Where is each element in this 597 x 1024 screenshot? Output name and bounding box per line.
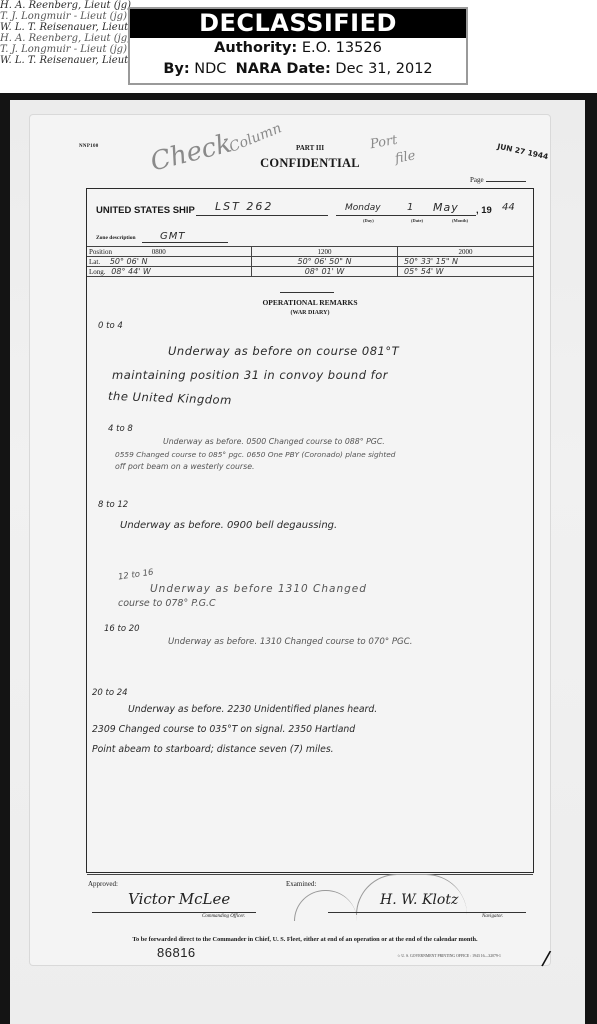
- authority-value: E.O. 13526: [302, 40, 382, 56]
- zone-label: Zone description: [96, 235, 136, 241]
- page-value: [486, 181, 526, 182]
- nara-value: Dec 31, 2012: [335, 61, 432, 77]
- lat-0800: 50° 06' N: [110, 257, 148, 266]
- section-divider: [280, 292, 334, 293]
- navigator-caption: Navigator.: [482, 914, 503, 919]
- approved-label: Approved:: [88, 880, 118, 888]
- remark-line: 0559 Changed course to 085° pgc. 0650 On…: [115, 450, 395, 459]
- ship-day: Monday: [345, 203, 381, 213]
- commanding-officer-signature: Victor McLee: [128, 890, 230, 908]
- by-label: By:: [163, 61, 189, 77]
- printing-office-line: ☆ U. S. GOVERNMENT PRINTING OFFICE : 194…: [397, 953, 501, 958]
- authority-line: Authority: E.O. 13526: [130, 38, 466, 59]
- authority-label: Authority:: [214, 40, 297, 56]
- declassified-stamp: DECLASSIFIED Authority: E.O. 13526 By: N…: [128, 7, 468, 85]
- date-caption: (Date): [411, 218, 423, 223]
- navigator-signature: H. W. Klotz: [380, 892, 458, 908]
- date-line: [336, 215, 476, 216]
- declassified-title: DECLASSIFIED: [130, 9, 466, 38]
- lat-1200: 50° 06' 50" N: [252, 257, 398, 267]
- watch-label-16-20: 16 to 20: [104, 624, 140, 634]
- serial-number: 86816: [157, 945, 196, 960]
- day-caption: (Day): [363, 218, 374, 223]
- remark-line: Underway as before. 1310 Changed course …: [168, 637, 412, 647]
- position-header-row: Position 0800 1200 2000: [87, 247, 533, 257]
- ship-name: LST 262: [215, 200, 273, 213]
- col-0800: 0800: [152, 248, 166, 256]
- long-label: Long.: [89, 268, 106, 276]
- by-line: By: NDC NARA Date: Dec 31, 2012: [130, 59, 466, 80]
- ship-date: 1: [407, 202, 413, 213]
- watch-label-4-8: 4 to 8: [108, 424, 133, 434]
- page-label: Page: [470, 176, 484, 184]
- remark-line: 2309 Changed course to 035°T on signal. …: [92, 724, 355, 735]
- navigator-signature-line: [328, 912, 526, 913]
- month-caption: (Month): [452, 218, 468, 223]
- remarks-title: OPERATIONAL REMARKS: [200, 298, 420, 307]
- examined-label: Examined:: [286, 880, 316, 888]
- position-table: Position 0800 1200 2000 Lat. 50° 06' N 5…: [87, 246, 533, 277]
- long-0800: 08° 44' W: [111, 267, 151, 276]
- part-label: PART III: [260, 144, 360, 152]
- year-prefix: , 19: [476, 205, 492, 216]
- watch-label-20-24: 20 to 24: [92, 688, 128, 698]
- remark-line: Underway as before. 2230 Unidentified pl…: [128, 704, 377, 715]
- remark-line: Underway as before. 0900 bell degaussing…: [120, 520, 337, 531]
- position-header-cell: Position 0800: [87, 247, 252, 257]
- footer-divider: [87, 874, 533, 875]
- zone-value: GMT: [160, 231, 186, 242]
- forwarding-instructions: To be forwarded direct to the Commander …: [70, 936, 540, 943]
- classification-label: CONFIDENTIAL: [220, 156, 400, 171]
- co-signature-line: [92, 912, 256, 913]
- page-field: Page: [470, 176, 526, 184]
- ship-name-line: [196, 215, 328, 216]
- lat-label: Lat.: [89, 258, 100, 266]
- form-code: NNP100: [79, 144, 99, 149]
- remark-line: Underway as before on course 081°T: [168, 344, 399, 358]
- remarks-subtitle: (WAR DIARY): [200, 310, 420, 316]
- remark-line: Point abeam to starboard; distance seven…: [92, 744, 334, 755]
- col-2000: 2000: [398, 247, 534, 257]
- year-suffix: 44: [502, 202, 515, 213]
- remark-line: off port beam on a westerly course.: [115, 462, 254, 471]
- ship-month: May: [433, 201, 459, 214]
- remark-line: Underway as before. 0500 Changed course …: [163, 437, 385, 446]
- watch-label-8-12: 8 to 12: [98, 500, 128, 510]
- col-1200: 1200: [252, 247, 398, 257]
- lat-row: Lat. 50° 06' N 50° 06' 50" N 50° 33' 15"…: [87, 257, 533, 267]
- long-1200: 08° 01' W: [252, 267, 398, 277]
- lat-0800-cell: Lat. 50° 06' N: [87, 257, 252, 267]
- zone-line: [142, 242, 228, 243]
- remark-line: course to 078° P.G.C: [118, 598, 216, 609]
- lat-2000: 50° 33' 15" N: [398, 257, 534, 267]
- remark-line: maintaining position 31 in convoy bound …: [112, 368, 388, 382]
- nara-label: NARA Date:: [236, 61, 331, 77]
- remark-line: Underway as before 1310 Changed: [150, 583, 367, 595]
- position-label: Position: [89, 248, 112, 256]
- by-value: NDC: [194, 61, 226, 77]
- long-0800-cell: Long. 08° 44' W: [87, 267, 252, 277]
- co-caption: Commanding Officer.: [202, 914, 245, 919]
- ship-label: UNITED STATES SHIP: [96, 205, 195, 216]
- long-row: Long. 08° 44' W 08° 01' W 05° 54' W: [87, 267, 533, 277]
- long-2000: 05° 54' W: [398, 267, 534, 277]
- watch-label-0-4: 0 to 4: [98, 321, 123, 331]
